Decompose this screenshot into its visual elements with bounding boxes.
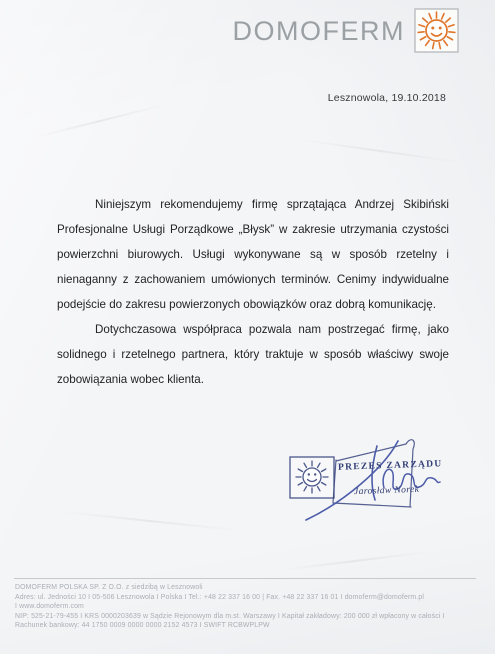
- footer-address-line: Adres: ul. Jedności 10 I 05-506 Lesznowo…: [15, 593, 480, 603]
- footer-divider: [14, 578, 476, 579]
- sun-smiley-stamp-icon: [290, 457, 334, 498]
- logo-wordmark: DOMOFERM: [233, 9, 405, 53]
- footer-website-line: I www.domoferm.com: [15, 602, 480, 612]
- sun-smiley-icon: [414, 8, 459, 53]
- paper-crease: [60, 511, 239, 532]
- stamp-signature-graphic: [280, 430, 475, 530]
- paragraph-cooperation: Dotychczasowa współpraca pozwala nam pos…: [57, 317, 449, 392]
- paper-crease: [301, 139, 460, 163]
- letter-body: Niniejszym rekomendujemy firmę sprzątają…: [57, 192, 449, 392]
- scanned-letter-page: DOMOFERM: [0, 0, 495, 654]
- footer-registration-line: NIP: 525-21-79-455 I KRS 0000203639 w Są…: [15, 612, 480, 622]
- company-logo: DOMOFERM: [233, 8, 459, 53]
- paper-crease: [280, 551, 429, 571]
- footer-company-line: DOMOFERM POLSKA SP. Z O.O. z siedzibą w …: [15, 583, 480, 593]
- dateline: Lesznowola, 19.10.2018: [328, 92, 446, 104]
- footer: DOMOFERM POLSKA SP. Z O.O. z siedzibą w …: [15, 583, 480, 631]
- paper-crease: [32, 103, 168, 139]
- footer-bank-line: Rachunek bankowy: 44 1750 0009 0000 0000…: [15, 621, 480, 631]
- stamp-and-signature: PREZES ZARZĄDU Jarosław Norek: [280, 430, 475, 530]
- paragraph-recommendation: Niniejszym rekomendujemy firmę sprzątają…: [57, 192, 449, 317]
